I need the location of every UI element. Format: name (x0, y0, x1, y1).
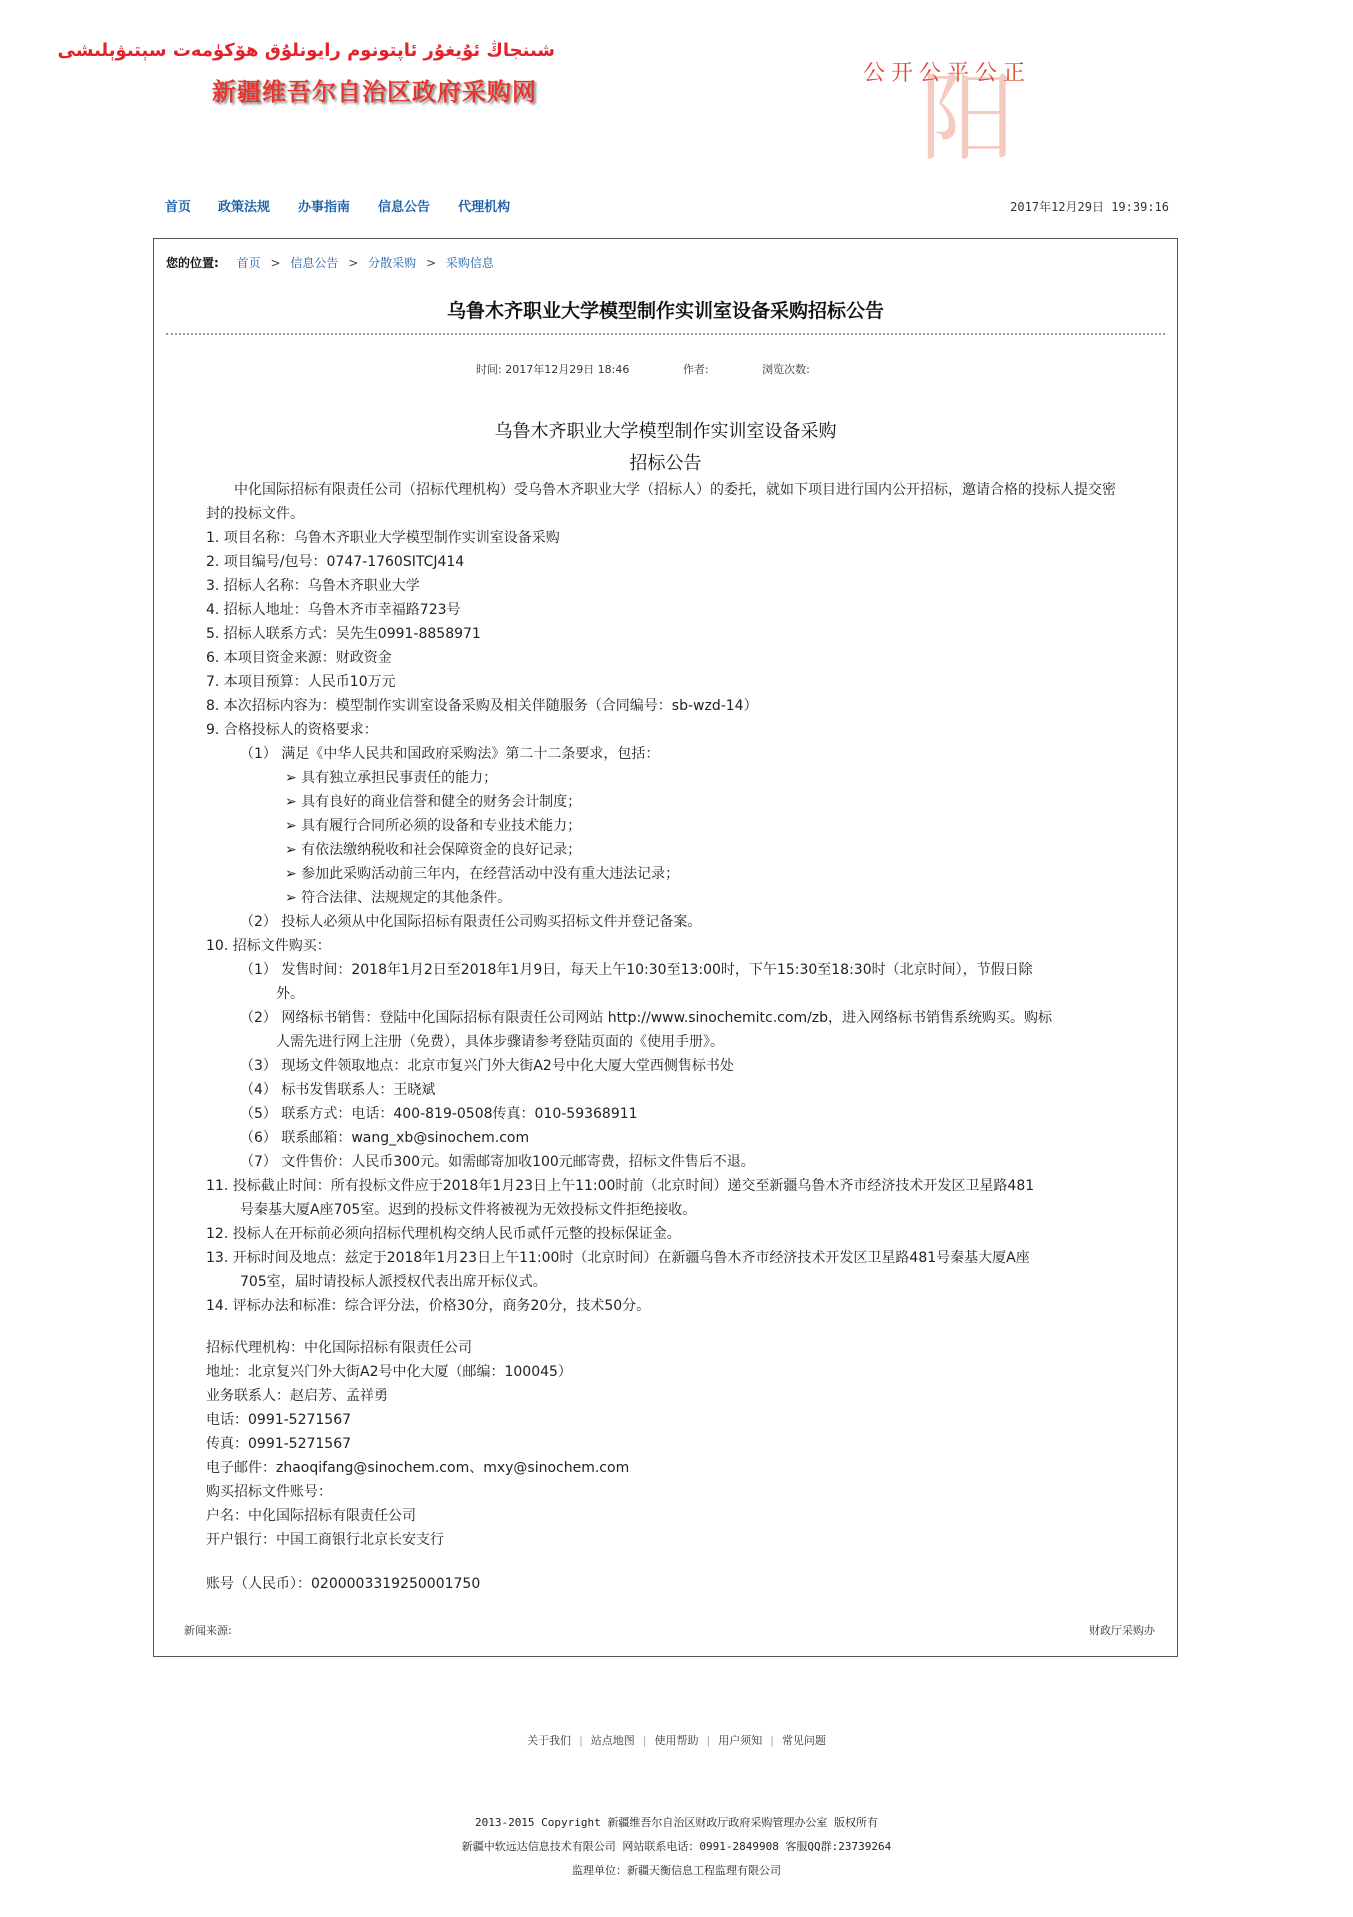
breadcrumb: 您的位置: 首页 > 信息公告 > 分散采购 > 采购信息 (166, 254, 494, 271)
news-source-value: 财政厅采购办 (1089, 1622, 1155, 1638)
nav-item-policies[interactable]: 政策法规 (218, 196, 270, 215)
sub-item: （1） 满足《中华人民共和国政府采购法》第二十二条要求，包括： (240, 742, 659, 766)
contact-person: 业务联系人：赵启芳、孟祥勇 (206, 1384, 388, 1408)
footer-link-sitemap[interactable]: 站点地图 (591, 1734, 635, 1747)
bullet-item: ➢ 具有履行合同所必须的设备和专业技术能力； (285, 814, 581, 838)
account-heading: 购买招标文件账号： (206, 1480, 332, 1504)
article-title-line1: 乌鲁木齐职业大学模型制作实训室设备采购 (153, 416, 1178, 448)
breadcrumb-procurement-info[interactable]: 采购信息 (446, 256, 494, 270)
bullet-item: ➢ 有依法缴纳税收和社会保障资金的良好记录； (285, 838, 581, 862)
title-divider (166, 333, 1165, 335)
main-nav: 首页 政策法规 办事指南 信息公告 代理机构 (165, 196, 510, 215)
list-item: 9. 合格投标人的资格要求： (206, 718, 378, 742)
footer-links: 关于我们|站点地图|使用帮助|用户须知|常见问题 (0, 1732, 1353, 1748)
nav-item-home[interactable]: 首页 (165, 196, 191, 215)
list-item: 5. 招标人联系方式：吴先生0991-8858971 (206, 622, 481, 646)
list-item: 4. 招标人地址：乌鲁木齐市幸福路723号 (206, 598, 461, 622)
bullet-item: ➢ 参加此采购活动前三年内，在经营活动中没有重大违法记录； (285, 862, 679, 886)
footer-divider: | (770, 1734, 774, 1747)
contact-agency: 招标代理机构：中化国际招标有限责任公司 (206, 1336, 472, 1360)
list-item-continued: 号秦基大厦A座705室。迟到的投标文件将被视为无效投标文件拒绝接收。 (240, 1198, 696, 1222)
contact-fax: 传真：0991-5271567 (206, 1432, 351, 1456)
current-datetime: 2017年12月29日 19:39:16 (1010, 198, 1169, 215)
sub-item: （2） 投标人必须从中化国际招标有限责任公司购买招标文件并登记备案。 (240, 910, 701, 934)
account-bank: 开户银行：中国工商银行北京长安支行 (206, 1528, 444, 1552)
bullet-item: ➢ 具有良好的商业信誉和健全的财务会计制度； (285, 790, 581, 814)
bullet-item: ➢ 符合法律、法规规定的其他条件。 (285, 886, 511, 910)
article-meta: 时间: 2017年12月29日 18:46 作者: 浏览次数: (476, 361, 860, 377)
footer-divider: | (643, 1734, 647, 1747)
list-item: 7. 本项目预算：人民币10万元 (206, 670, 396, 694)
account-number: 账号（人民币）：0200003319250001750 (206, 1572, 480, 1596)
sub-item: （1） 发售时间：2018年1月2日至2018年1月9日，每天上午10:30至1… (240, 958, 1033, 982)
sub-item: （5） 联系方式：电话：400-819-0508传真：010-59368911 (240, 1102, 638, 1126)
breadcrumb-home[interactable]: 首页 (237, 256, 261, 270)
nav-item-announcements[interactable]: 信息公告 (378, 196, 430, 215)
footer-link-terms[interactable]: 用户须知 (718, 1734, 762, 1747)
footer-divider: | (707, 1734, 711, 1747)
list-item: 2. 项目编号/包号：0747-1760SITCJ414 (206, 550, 464, 574)
sub-item: （2） 网络标书销售：登陆中化国际招标有限责任公司网站 http://www.s… (240, 1006, 1052, 1030)
contact-address: 地址：北京复兴门外大街A2号中化大厦（邮编：100045） (206, 1360, 572, 1384)
article-title: 乌鲁木齐职业大学模型制作实训室设备采购 招标公告 (153, 416, 1178, 480)
footer-supervisor: 监理单位：新疆天衡信息工程监理有限公司 (0, 1862, 1353, 1878)
meta-time: 时间: 2017年12月29日 18:46 (476, 363, 629, 376)
list-item: 14. 评标办法和标准：综合评分法，价格30分，商务20分，技术50分。 (206, 1294, 650, 1318)
footer-link-about[interactable]: 关于我们 (527, 1734, 571, 1747)
sub-item: （7） 文件售价：人民币300元。如需邮寄加收100元邮寄费，招标文件售后不退。 (240, 1150, 755, 1174)
news-source-label: 新闻来源: (184, 1622, 232, 1638)
list-item: 3. 招标人名称：乌鲁木齐职业大学 (206, 574, 420, 598)
contact-phone: 电话：0991-5271567 (206, 1408, 351, 1432)
list-item-continued: 705室，届时请投标人派授权代表出席开标仪式。 (240, 1270, 547, 1294)
sub-item: （3） 现场文件领取地点：北京市复兴门外大街A2号中化大厦大堂西侧售标书处 (240, 1054, 734, 1078)
page-title: 乌鲁木齐职业大学模型制作实训室设备采购招标公告 (153, 296, 1178, 323)
meta-author: 作者: (683, 363, 709, 376)
breadcrumb-decentralized-procurement[interactable]: 分散采购 (368, 256, 416, 270)
article-title-line2: 招标公告 (153, 448, 1178, 480)
intro-paragraph: 中化国际招标有限责任公司（招标代理机构）受乌鲁木齐职业大学（招标人）的委托，就如… (206, 478, 1126, 526)
footer-developer: 新疆中软远达信息技术有限公司 网站联系电话：0991-2849908 客服QQ群… (0, 1838, 1353, 1854)
meta-views: 浏览次数: (762, 363, 810, 376)
breadcrumb-label: 您的位置: (166, 256, 219, 270)
list-item: 11. 投标截止时间：所有投标文件应于2018年1月23日上午11:00时前（北… (206, 1174, 1034, 1198)
sub-item: （4） 标书发售联系人：王晓斌 (240, 1078, 435, 1102)
sub-item-continued: 外。 (276, 982, 304, 1006)
sub-item-continued: 人需先进行网上注册（免费），具体步骤请参考登陆页面的《使用手册》。 (276, 1030, 724, 1054)
breadcrumb-announcements[interactable]: 信息公告 (290, 256, 338, 270)
footer-divider: | (579, 1734, 583, 1747)
header-slogan: 公开公平公正 (863, 56, 1031, 87)
contact-email: 电子邮件：zhaoqifang@sinochem.com、mxy@sinoche… (206, 1456, 629, 1480)
breadcrumb-separator: > (270, 256, 280, 270)
site-title-uyghur: شىنجاڭ ئۇيغۇر ئاپتونوم رايونلۇق ھۆكۈمەت … (210, 40, 555, 61)
footer-link-help[interactable]: 使用帮助 (655, 1734, 699, 1747)
account-name: 户名：中化国际招标有限责任公司 (206, 1504, 416, 1528)
nav-item-guide[interactable]: 办事指南 (298, 196, 350, 215)
list-item: 1. 项目名称：乌鲁木齐职业大学模型制作实训室设备采购 (206, 526, 560, 550)
list-item: 6. 本项目资金来源：财政资金 (206, 646, 392, 670)
list-item: 10. 招标文件购买： (206, 934, 331, 958)
nav-item-agencies[interactable]: 代理机构 (458, 196, 510, 215)
bullet-item: ➢ 具有独立承担民事责任的能力； (285, 766, 497, 790)
breadcrumb-separator: > (348, 256, 358, 270)
breadcrumb-separator: > (426, 256, 436, 270)
footer-link-faq[interactable]: 常见问题 (782, 1734, 826, 1747)
footer-copyright: 2013-2015 Copyright 新疆维吾尔自治区财政厅政府采购管理办公室… (0, 1814, 1353, 1830)
list-item: 13. 开标时间及地点：兹定于2018年1月23日上午11:00时（北京时间）在… (206, 1246, 1030, 1270)
sub-item: （6） 联系邮箱：wang_xb@sinochem.com (240, 1126, 529, 1150)
list-item: 12. 投标人在开标前必须向招标代理机构交纳人民币贰仟元整的投标保证金。 (206, 1222, 681, 1246)
list-item: 8. 本次招标内容为：模型制作实训室设备采购及相关伴随服务（合同编号：sb-wz… (206, 694, 758, 718)
site-title-logo[interactable]: 新疆维吾尔自治区政府采购网 (212, 72, 537, 107)
